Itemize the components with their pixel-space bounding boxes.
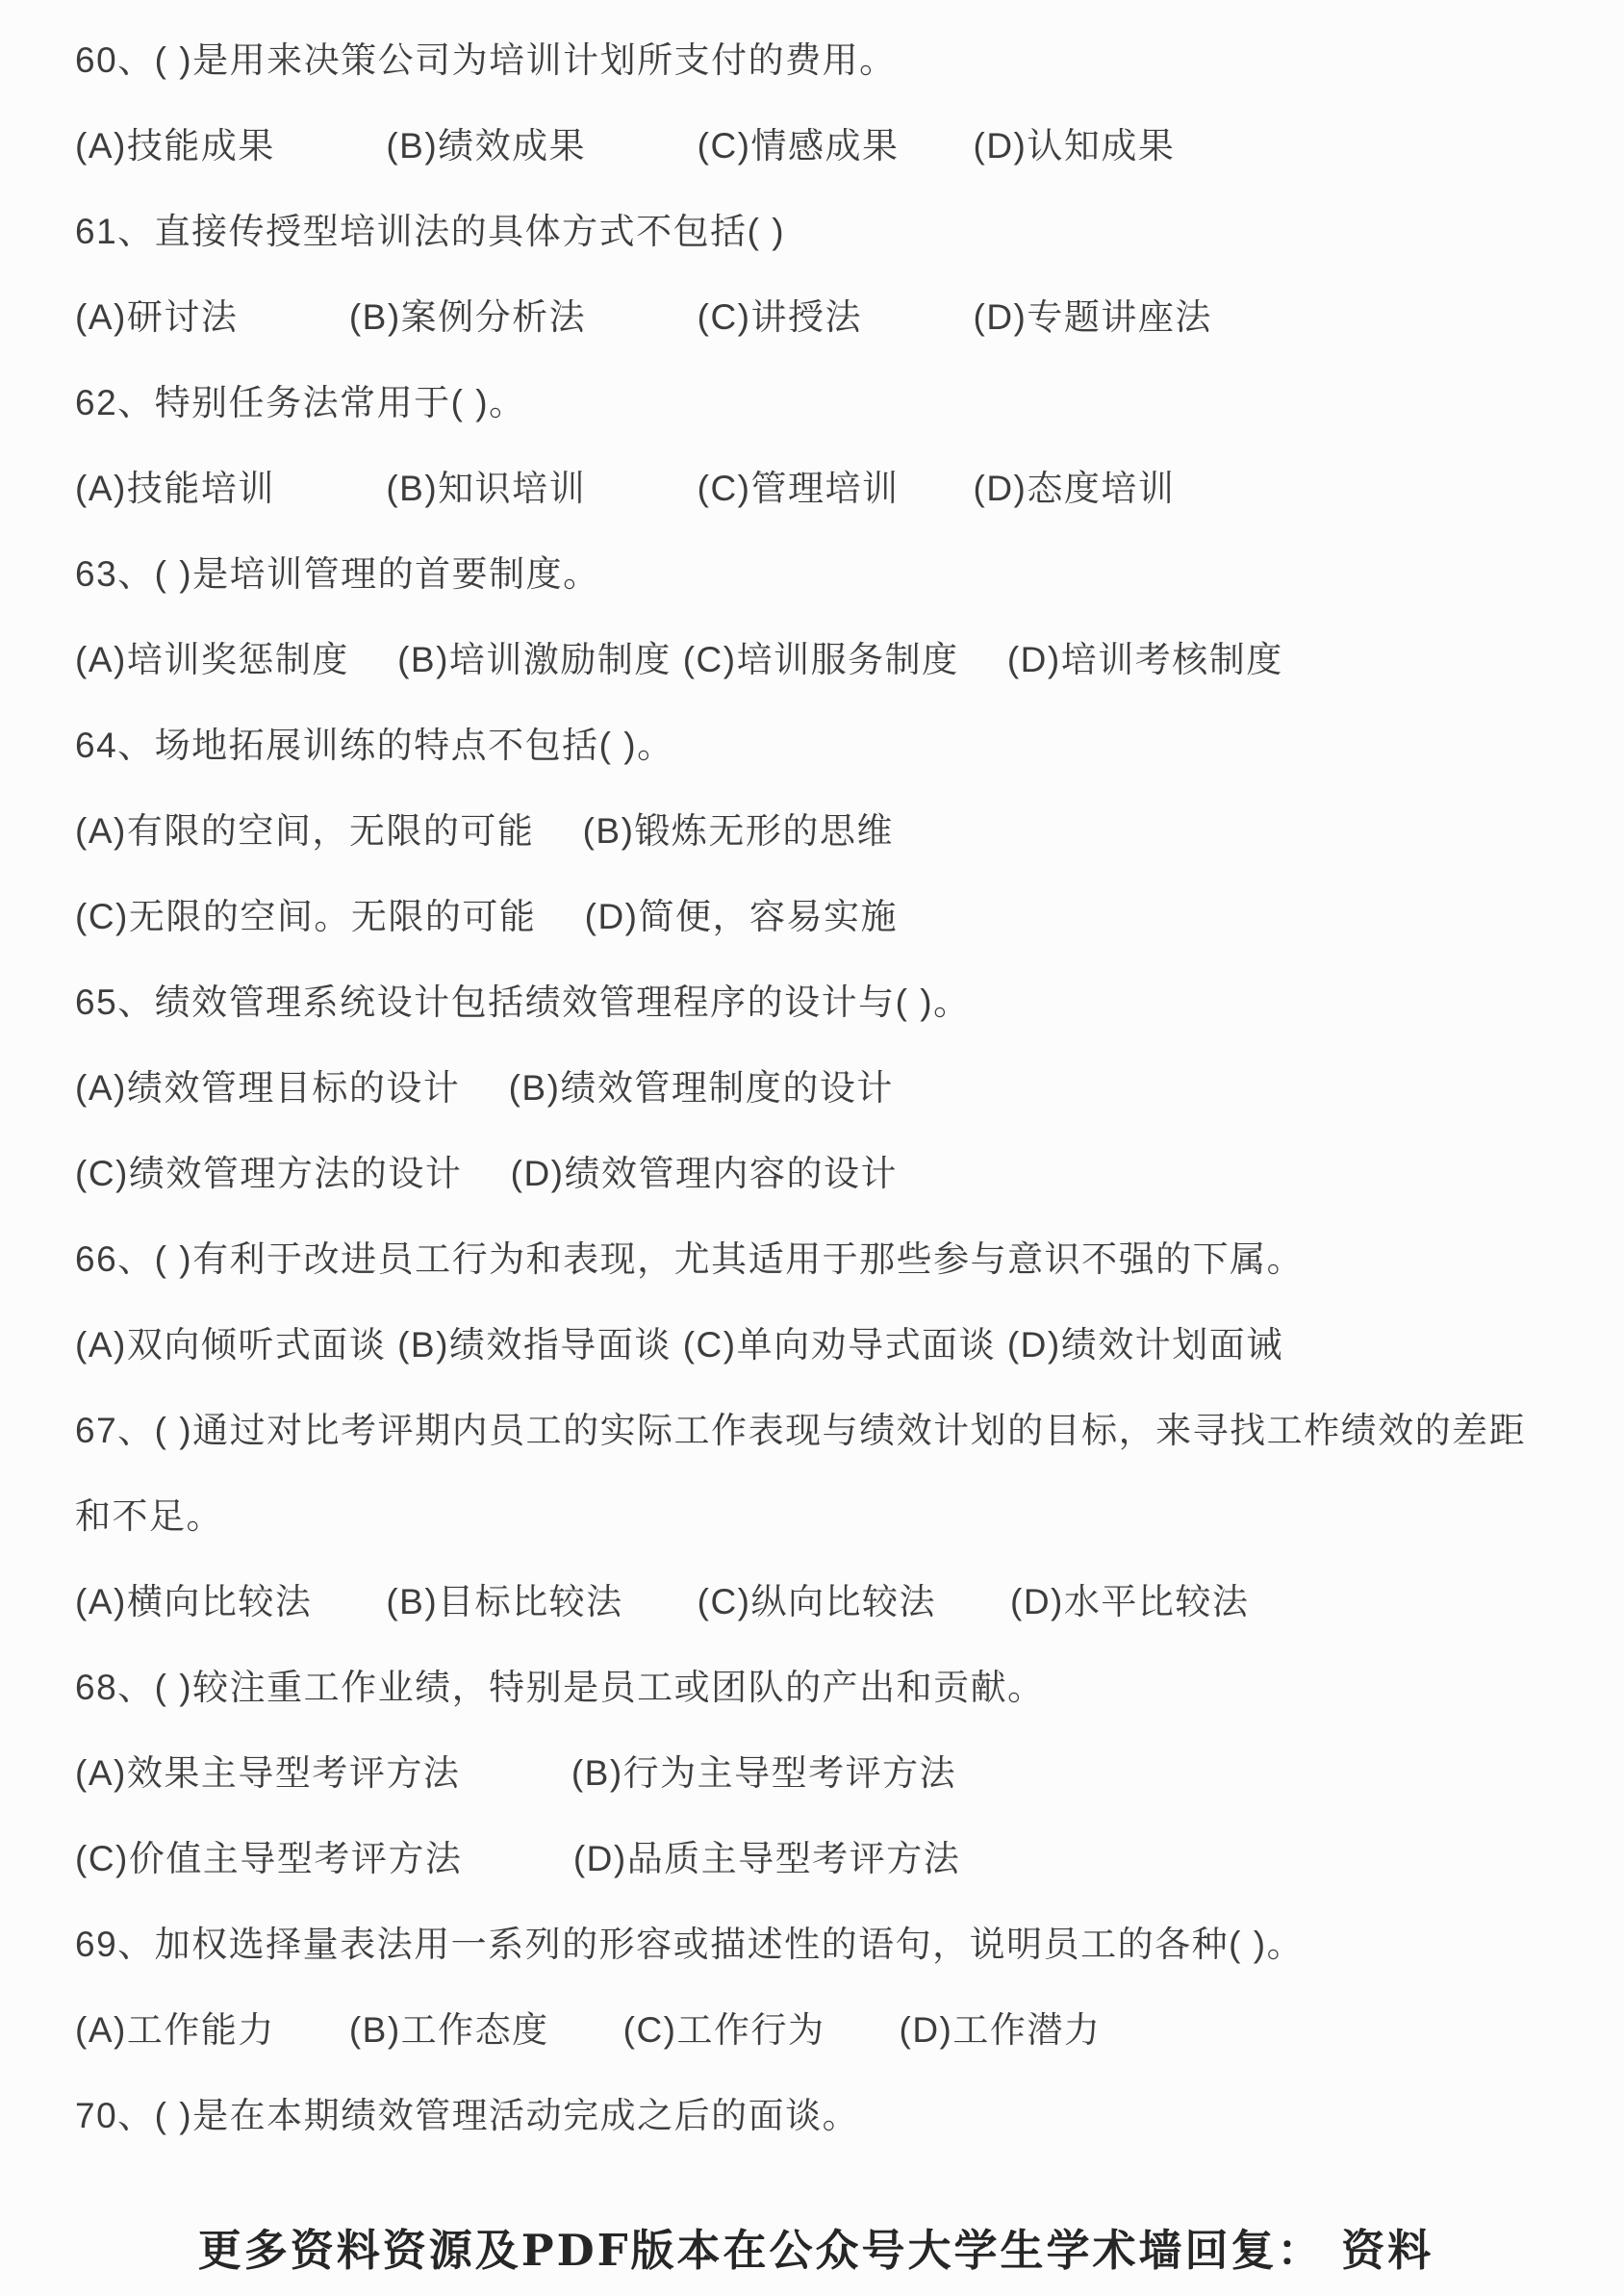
question-64-options-line-ab: (A)有限的空间，无限的可能 (B)锻炼无形的思维	[75, 788, 1557, 874]
question-70-stem: 70、( )是在本期绩效管理活动完成之后的面谈。	[75, 2073, 1557, 2158]
question-60-options-line: (A)技能成果 (B)绩效成果 (C)情感成果 (D)认知成果	[75, 103, 1557, 189]
document-page: 60、( )是用来决策公司为培训计划所支付的费用。 (A)技能成果 (B)绩效成…	[0, 0, 1624, 2296]
question-list: 60、( )是用来决策公司为培训计划所支付的费用。 (A)技能成果 (B)绩效成…	[75, 17, 1557, 2158]
question-64-stem: 64、场地拓展训练的特点不包括( )。	[75, 702, 1557, 788]
question-63-stem: 63、( )是培训管理的首要制度。	[75, 531, 1557, 617]
question-65-options-line-cd: (C)绩效管理方法的设计 (D)绩效管理内容的设计	[75, 1131, 1557, 1216]
question-63-options-line: (A)培训奖惩制度 (B)培训激励制度 (C)培训服务制度 (D)培训考核制度	[75, 617, 1557, 702]
question-68-stem: 68、( )较注重工作业绩，特别是员工或团队的产出和贡献。	[75, 1645, 1557, 1730]
question-65-options-line-ab: (A)绩效管理目标的设计 (B)绩效管理制度的设计	[75, 1045, 1557, 1131]
question-61-stem: 61、直接传授型培训法的具体方式不包括( )	[75, 189, 1557, 274]
question-67-stem: 67、( )通过对比考评期内员工的实际工作表现与绩效计划的目标，来寻找工柞绩效的…	[75, 1388, 1557, 1473]
question-62-options-line: (A)技能培训 (B)知识培训 (C)管理培训 (D)态度培训	[75, 446, 1557, 531]
question-66-options-line: (A)双向倾听式面谈 (B)绩效指导面谈 (C)单向劝导式面谈 (D)绩效计划面…	[75, 1302, 1557, 1388]
question-69-options-line: (A)工作能力 (B)工作态度 (C)工作行为 (D)工作潜力	[75, 1987, 1557, 2073]
question-67-options-line: (A)横向比较法 (B)目标比较法 (C)纵向比较法 (D)水平比较法	[75, 1559, 1557, 1645]
question-64-options-line-cd: (C)无限的空间。无限的可能 (D)简便，容易实施	[75, 874, 1557, 959]
question-68-options-line-ab: (A)效果主导型考评方法 (B)行为主导型考评方法	[75, 1730, 1557, 1816]
question-62-stem: 62、特别任务法常用于( )。	[75, 360, 1557, 446]
question-65-stem: 65、绩效管理系统设计包括绩效管理程序的设计与( )。	[75, 959, 1557, 1045]
question-61-options-line: (A)研讨法 (B)案例分析法 (C)讲授法 (D)专题讲座法	[75, 274, 1557, 360]
question-68-options-line-cd: (C)价值主导型考评方法 (D)品质主导型考评方法	[75, 1816, 1557, 1901]
question-69-stem: 69、加权选择量表法用一系列的形容或描述性的语句，说明员工的各种( )。	[75, 1901, 1557, 1987]
question-67-stem-continuation: 和不足。	[75, 1473, 1557, 1559]
question-66-stem: 66、( )有利于改进员工行为和表现，尤其适用于那些参与意识不强的下属。	[75, 1216, 1557, 1302]
question-60-stem: 60、( )是用来决策公司为培训计划所支付的费用。	[75, 17, 1557, 103]
footer-promo-text: 更多资料资源及PDF版本在公众号大学生学术墙回复： 资料	[75, 2222, 1557, 2280]
